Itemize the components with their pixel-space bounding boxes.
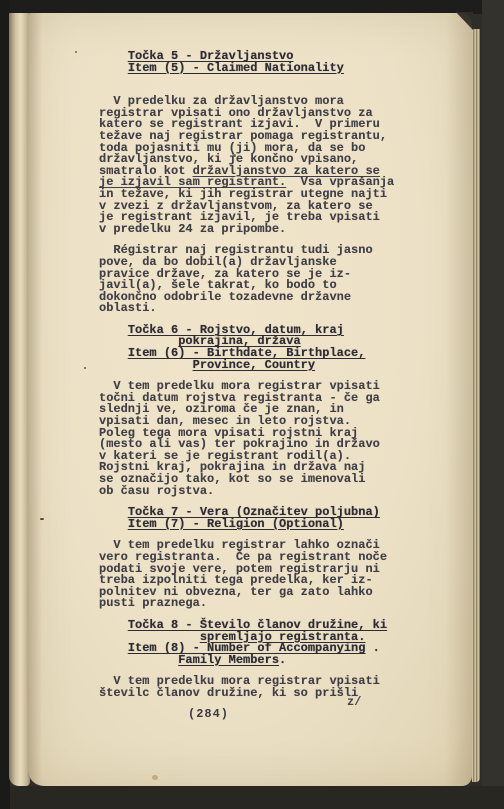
heading-tocka-5: Točka 5 - Državljanstvo Item (5) - Claim… [99, 51, 407, 74]
text-line: Family Members. [99, 655, 407, 667]
background-right-band [482, 0, 504, 809]
scanned-book-photo: Točka 5 - Državljanstvo Item (5) - Claim… [0, 0, 504, 809]
background-bottom-band [0, 786, 504, 809]
heading-tocka-6: Točka 6 - Rojstvo, datum, kraj pokrajina… [99, 325, 407, 371]
paper-speck [84, 367, 86, 369]
page-corner-fold [451, 12, 473, 34]
text-line: pusti praznega. [99, 598, 407, 610]
paragraph-nationality-1: V predelku za državljanstvo moraregistra… [99, 96, 407, 235]
paper-speck [75, 51, 77, 53]
heading-tocka-8: Točka 8 - Število članov družine, ki spr… [99, 620, 407, 666]
text-line: Province, Country [99, 360, 407, 372]
page-number: (284) [188, 709, 229, 721]
continuation-mark: z/ [347, 697, 361, 709]
page-stack-right-edge [472, 29, 480, 782]
heading-tocka-7: Točka 7 - Vera (Označitev poljubna) Item… [99, 507, 407, 530]
text-line: Item (7) - Religion (Optional) [99, 519, 407, 531]
text-line: v predelku 24 za pripombe. [99, 224, 407, 236]
paper-speck [40, 518, 44, 520]
background-top-band [0, 0, 504, 14]
page-stack-left-edge [9, 13, 30, 786]
paragraph-nationality-2: Régistrar naj registrantu tudi jasnopove… [99, 245, 407, 315]
text-line: Item (5) - Claimed Nationality [99, 63, 407, 75]
document-text: Točka 5 - Državljanstvo Item (5) - Claim… [99, 51, 407, 700]
book-page: Točka 5 - Državljanstvo Item (5) - Claim… [28, 13, 472, 786]
paragraph-birthdate: V tem predelku mora registrar vpisatitoč… [99, 381, 407, 497]
text-line: ob času rojstva. [99, 486, 407, 498]
text-line: oblasti. [99, 303, 407, 315]
paper-speck [152, 775, 158, 780]
paragraph-religion: V tem predelku registrar lahko označiver… [99, 540, 407, 610]
